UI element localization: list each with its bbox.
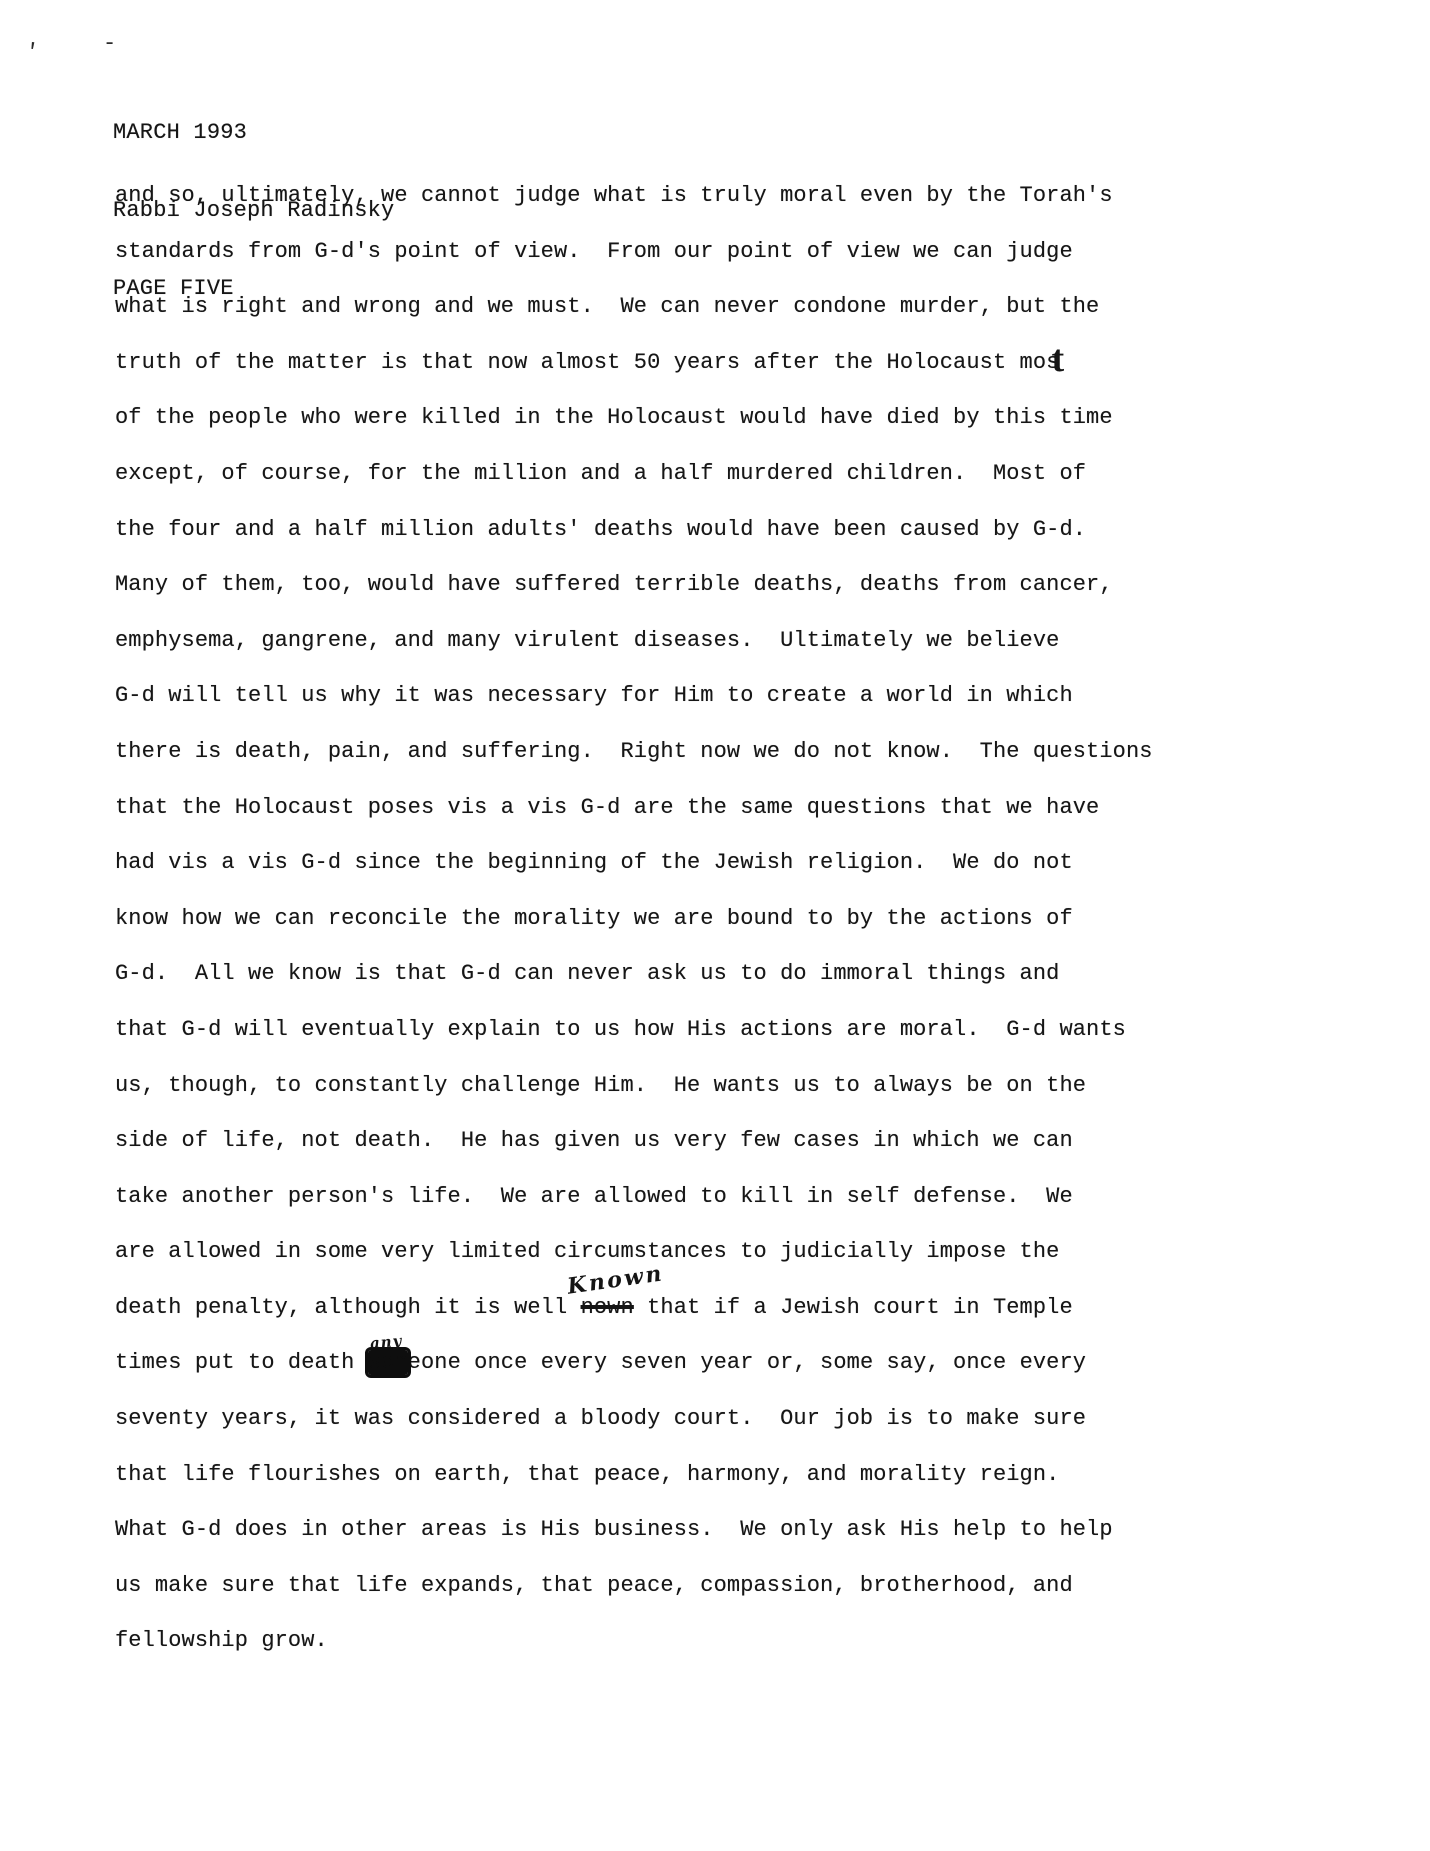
text-line: of the people who were killed in the Hol… (115, 390, 1153, 446)
text-line: standards from G-d's point of view. From… (115, 224, 1153, 280)
text-line: side of life, not death. He has given us… (115, 1113, 1153, 1169)
text-segment: the four and a half million adults' deat… (115, 517, 1086, 542)
text-segment: What G-d does in other areas is His busi… (115, 1517, 1113, 1542)
text-line: take another person's life. We are allow… (115, 1169, 1153, 1225)
text-segment: G-d will tell us why it was necessary fo… (115, 683, 1073, 708)
text-line: emphysema, gangrene, and many virulent d… (115, 613, 1153, 669)
text-segment: us make sure that life expands, that pea… (115, 1573, 1073, 1598)
text-segment: death penalty, although it is well (115, 1295, 581, 1320)
text-line: what is right and wrong and we must. We … (115, 279, 1153, 335)
text-line: times put to death somanyeone once every… (115, 1335, 1153, 1391)
scan-artifact-mark: ' (24, 41, 40, 65)
text-line: that the Holocaust poses vis a vis G-d a… (115, 780, 1153, 836)
text-segment: truth of the matter is that now almost 5… (115, 350, 1059, 375)
handwritten-correction: any (369, 1334, 403, 1352)
text-segment: times put to death (115, 1350, 368, 1375)
text-segment: that if a Jewish court in Temple (634, 1295, 1073, 1320)
text-line: know how we can reconcile the morality w… (115, 891, 1153, 947)
text-segment: side of life, not death. He has given us… (115, 1128, 1073, 1153)
text-segment: that life flourishes on earth, that peac… (115, 1462, 1059, 1487)
text-segment: seventy years, it was considered a blood… (115, 1406, 1086, 1431)
text-segment: of the people who were killed in the Hol… (115, 405, 1113, 430)
text-segment: eone once every seven year or, some say,… (408, 1350, 1086, 1375)
text-segment: that G-d will eventually explain to us h… (115, 1017, 1126, 1042)
text-line: there is death, pain, and suffering. Rig… (115, 724, 1153, 780)
text-line: death penalty, although it is well nownK… (115, 1280, 1153, 1336)
header-date: MARCH 1993 (113, 120, 394, 146)
text-line: except, of course, for the million and a… (115, 446, 1153, 502)
text-segment: Many of them, too, would have suffered t… (115, 572, 1113, 597)
text-segment: had vis a vis G-d since the beginning of… (115, 850, 1073, 875)
scan-artifact-dash: - (103, 33, 116, 55)
text-line: Many of them, too, would have suffered t… (115, 557, 1153, 613)
text-line: had vis a vis G-d since the beginning of… (115, 835, 1153, 891)
struck-out-text: nownKnown (581, 1295, 634, 1320)
text-segment: us, though, to constantly challenge Him.… (115, 1073, 1086, 1098)
document-page: ' - MARCH 1993 Rabbi Joseph Radinsky PAG… (0, 0, 1430, 1851)
text-line: us, though, to constantly challenge Him.… (115, 1058, 1153, 1114)
text-line: us make sure that life expands, that pea… (115, 1558, 1153, 1614)
text-segment: take another person's life. We are allow… (115, 1184, 1073, 1209)
text-line: the four and a half million adults' deat… (115, 502, 1153, 558)
text-line: G-d. All we know is that G-d can never a… (115, 946, 1153, 1002)
text-line: truth of the matter is that now almost 5… (115, 335, 1153, 391)
text-segment: there is death, pain, and suffering. Rig… (115, 739, 1153, 764)
text-line: that life flourishes on earth, that peac… (115, 1447, 1153, 1503)
text-segment: standards from G-d's point of view. From… (115, 239, 1073, 264)
text-segment: emphysema, gangrene, and many virulent d… (115, 628, 1059, 653)
text-segment: what is right and wrong and we must. We … (115, 294, 1099, 319)
text-line: G-d will tell us why it was necessary fo… (115, 668, 1153, 724)
text-line: fellowship grow. (115, 1613, 1153, 1669)
text-segment: fellowship grow. (115, 1628, 328, 1653)
ink-blot-text: somany (368, 1350, 408, 1375)
text-segment: except, of course, for the million and a… (115, 461, 1086, 486)
text-segment: are allowed in some very limited circums… (115, 1239, 1059, 1264)
body-text: and so, ultimately, we cannot judge what… (115, 168, 1153, 1669)
text-segment: G-d. All we know is that G-d can never a… (115, 961, 1059, 986)
text-line: and so, ultimately, we cannot judge what… (115, 168, 1153, 224)
text-line: that G-d will eventually explain to us h… (115, 1002, 1153, 1058)
text-segment: and so, ultimately, we cannot judge what… (115, 183, 1113, 208)
text-line: seventy years, it was considered a blood… (115, 1391, 1153, 1447)
handwritten-letter-t: t (1051, 338, 1064, 380)
text-segment: that the Holocaust poses vis a vis G-d a… (115, 795, 1099, 820)
text-line: What G-d does in other areas is His busi… (115, 1502, 1153, 1558)
text-segment: know how we can reconcile the morality w… (115, 906, 1073, 931)
